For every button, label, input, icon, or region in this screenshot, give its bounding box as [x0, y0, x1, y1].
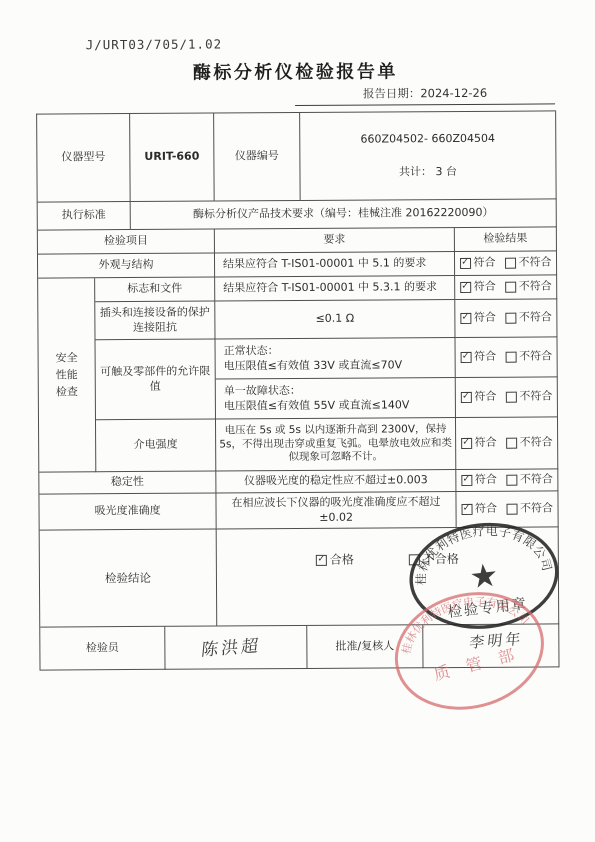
- safety-group: 安全 性能 检查 标志和文件 结果应符合 T-IS01-00001 中 5.3.…: [38, 275, 558, 472]
- req-dielectric: 电压在 5s 或 5s 以内逐渐升高到 2300V，保持 5s，不得出现击穿或重…: [216, 418, 456, 471]
- item-stability: 稳定性: [39, 471, 216, 494]
- serial-value-cell: 660Z04502- 660Z04504 共计： 3 台: [300, 111, 557, 201]
- checkbox-empty-icon: [505, 258, 516, 269]
- checkbox-checked-icon: ✓: [461, 475, 472, 486]
- item-impedance: 插头和连接设备的保护连接阻抗: [95, 302, 215, 341]
- limits-rows: 可触及零部件的允许限值 正常状态： 电压限值≤有效值 33V 或直流≤70V ✓…: [96, 337, 558, 420]
- req-appearance: 结果应符合 T-IS01-00001 中 5.1 的要求: [215, 252, 455, 277]
- table-row: 插头和连接设备的保护连接阻抗 ≤0.1 Ω ✓符合 不符合: [95, 299, 557, 340]
- checkbox-empty-icon: [505, 392, 516, 403]
- item-marking: 标志和文件: [95, 278, 215, 303]
- checkbox-checked-icon: ✓: [460, 258, 471, 269]
- document-number: J/URT03/705/1.02: [86, 36, 223, 52]
- result-marking: ✓符合 不符合: [455, 275, 557, 300]
- total-label: 共计：: [399, 165, 432, 178]
- checkbox-empty-icon: [506, 504, 517, 515]
- checkbox-checked-icon: ✓: [461, 438, 472, 449]
- instrument-info-row: 仪器型号 URIT-660 仪器编号 660Z04502- 660Z04504 …: [37, 111, 557, 202]
- header-requirement: 要求: [215, 228, 455, 253]
- conclusion-row: 检验结论 ✓合格 不合格: [40, 527, 560, 627]
- total-value: 3 台: [435, 165, 457, 178]
- checkbox-empty-icon: [505, 282, 516, 293]
- checkbox-empty-icon: [505, 352, 516, 363]
- inspector-signature: 陈洪超: [200, 631, 262, 661]
- table-row: 标志和文件 结果应符合 T-IS01-00001 中 5.3.1 的要求 ✓符合…: [95, 275, 557, 302]
- req-accuracy: 在相应波长下仪器的吸光度准确度应不超过±0.02: [216, 492, 456, 529]
- inspector-label-cell: 检验员: [40, 627, 165, 671]
- result-impedance: ✓符合 不符合: [455, 299, 557, 338]
- checkbox-checked-icon: ✓: [460, 392, 471, 403]
- table-row: 单一故障状态： 电压限值≤有效值 55V 或直流≤140V ✓符合 不符合: [216, 377, 558, 419]
- item-limits: 可触及零部件的允许限值: [96, 339, 216, 420]
- item-appearance: 外观与结构: [38, 254, 215, 279]
- inspection-table: 仪器型号 URIT-660 仪器编号 660Z04502- 660Z04504 …: [36, 110, 559, 670]
- serial-range: 660Z04502- 660Z04504: [360, 132, 495, 147]
- header-result: 检验结果: [455, 227, 557, 252]
- result-dielectric: ✓符合 不符合: [456, 417, 558, 470]
- checkbox-empty-icon: [506, 475, 517, 486]
- checkbox-empty-icon: [506, 438, 517, 449]
- result-limits-fault: ✓符合 不符合: [456, 377, 558, 418]
- conclusion-fail-label: 不合格: [423, 552, 459, 568]
- approver-label-cell: 批准/复核人: [307, 625, 423, 669]
- table-row: 吸光度准确度 在相应波长下仪器的吸光度准确度应不超过±0.02 ✓符合 不符合: [39, 491, 558, 530]
- pass-label: 符合: [473, 256, 495, 270]
- scanned-report-page: J/URT03/705/1.02 酶标分析仪检验报告单 报告日期：2024-12…: [0, 0, 595, 842]
- table-row: 介电强度 电压在 5s 或 5s 以内逐渐升高到 2300V，保持 5s，不得出…: [96, 417, 558, 472]
- checkbox-checked-icon: ✓: [461, 504, 472, 515]
- checkbox-checked-icon: ✓: [316, 555, 327, 566]
- req-marking: 结果应符合 T-IS01-00001 中 5.3.1 的要求: [215, 276, 455, 301]
- header-item: 检验项目: [38, 230, 215, 255]
- conclusion-pass-label: 合格: [330, 553, 354, 569]
- fail-label: 不符合: [518, 256, 551, 270]
- checkbox-checked-icon: ✓: [460, 313, 471, 324]
- model-label-cell: 仪器型号: [37, 114, 131, 203]
- serial-label-cell: 仪器编号: [214, 113, 301, 202]
- model-value-cell: URIT-660: [130, 114, 215, 203]
- report-date-value: 2024-12-26: [420, 86, 487, 100]
- table-row: 稳定性 仪器吸光度的稳定性应不超过±0.003 ✓符合 不符合: [39, 469, 558, 494]
- table-header-row: 检验项目 要求 检验结果: [38, 227, 557, 254]
- conclusion-value-cell: ✓合格 不合格: [217, 527, 560, 626]
- page-title: 酶标分析仪检验报告单: [0, 56, 593, 86]
- checkbox-empty-icon: [505, 313, 516, 324]
- checkbox-checked-icon: ✓: [460, 352, 471, 363]
- item-accuracy: 吸光度准确度: [39, 493, 216, 530]
- table-row: 正常状态： 电压限值≤有效值 33V 或直流≤70V ✓符合 不符合: [216, 337, 558, 379]
- table-row: 外观与结构 结果应符合 T-IS01-00001 中 5.1 的要求 ✓符合 不…: [38, 251, 557, 278]
- req-limits-normal: 正常状态： 电压限值≤有效值 33V 或直流≤70V: [216, 338, 456, 379]
- standard-label-cell: 执行标准: [38, 202, 131, 231]
- report-date-label: 报告日期：: [363, 86, 421, 100]
- safety-group-label: 安全 性能 检查: [38, 278, 96, 472]
- result-limits-normal: ✓符合 不符合: [455, 337, 557, 378]
- result-appearance: ✓符合 不符合: [455, 251, 557, 276]
- result-stability: ✓符合 不符合: [456, 469, 558, 492]
- req-stability: 仪器吸光度的稳定性应不超过±0.003: [216, 470, 456, 493]
- standard-value-cell: 酶标分析仪产品技术要求（编号：桂械注准 20162220090）: [131, 199, 557, 230]
- approver-signature: 李明年: [468, 628, 524, 653]
- item-dielectric: 介电强度: [96, 419, 216, 472]
- total-count: 共计： 3 台: [399, 165, 457, 180]
- result-accuracy: ✓符合 不符合: [456, 491, 558, 528]
- req-impedance: ≤0.1 Ω: [215, 300, 455, 339]
- report-date-line: 报告日期：2024-12-26: [295, 84, 555, 106]
- req-limits-fault: 单一故障状态： 电压限值≤有效值 55V 或直流≤140V: [216, 378, 456, 419]
- checkbox-empty-icon: [409, 555, 420, 566]
- checkbox-checked-icon: ✓: [460, 282, 471, 293]
- standard-row: 执行标准 酶标分析仪产品技术要求（编号：桂械注准 20162220090）: [38, 199, 557, 230]
- report-sheet: J/URT03/705/1.02 酶标分析仪检验报告单 报告日期：2024-12…: [0, 0, 595, 842]
- conclusion-label-cell: 检验结论: [40, 529, 218, 627]
